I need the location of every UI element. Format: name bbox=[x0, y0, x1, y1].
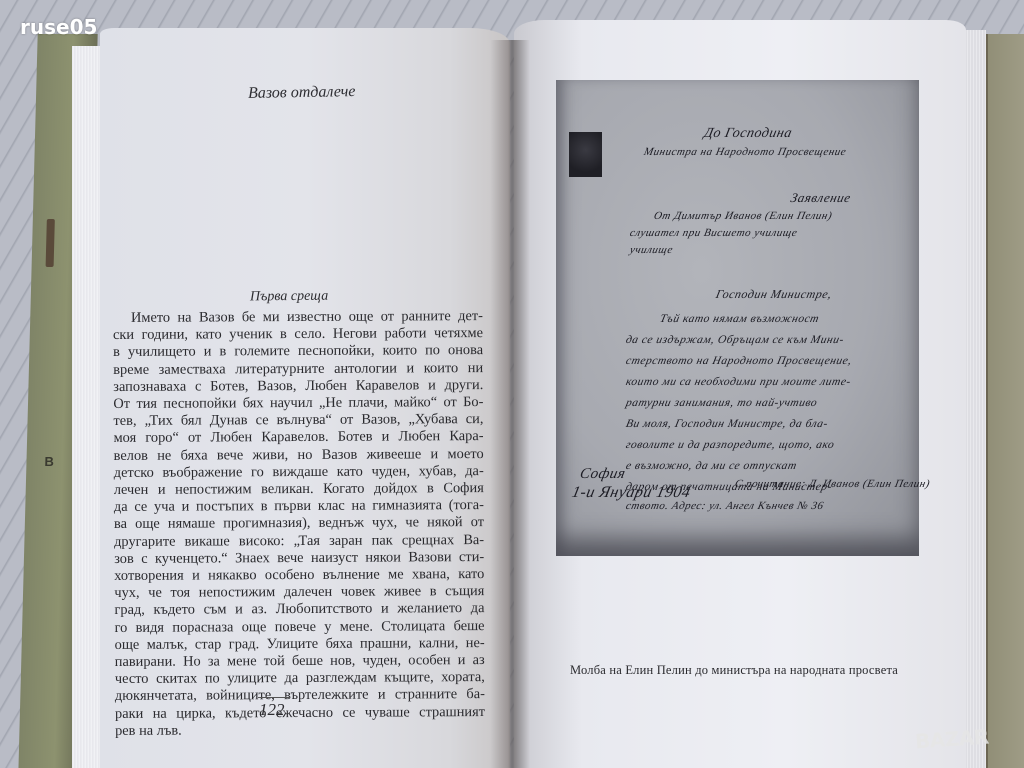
letter-line: Министра на Народното Просвещение bbox=[643, 146, 848, 158]
page-number-rule bbox=[258, 697, 290, 698]
text-line: павирани. Но за мене той беше нов, чуден… bbox=[115, 652, 485, 671]
letter-line: които ми са необходими при моите лите- bbox=[625, 376, 852, 388]
text-line: другарите викаше високо: „Тая заран пак … bbox=[114, 532, 484, 551]
text-line: често скитах по улиците да разглеждам къ… bbox=[115, 669, 485, 688]
text-line: зов с кученцето.“ Знаех вече наизуст няк… bbox=[114, 549, 484, 568]
letter-line: стерството на Народното Просвещение, bbox=[625, 355, 853, 367]
letter-place: София bbox=[578, 466, 627, 483]
text-line: време заместваха литературните антологии… bbox=[113, 360, 483, 379]
letter-signature: С почитание: Д. Иванов (Елин Пелин) bbox=[734, 478, 931, 490]
page-number: 122 bbox=[259, 700, 285, 720]
letter-line: училище bbox=[629, 244, 674, 256]
letter-line: е възможно, да ми се отпускат bbox=[625, 460, 798, 472]
text-line: дюкянчетата, войниците, въртележките и с… bbox=[115, 686, 485, 705]
spine-decoration bbox=[46, 219, 55, 267]
letter-line: говолите и да разпоредите, щото, ако bbox=[625, 439, 836, 451]
revenue-stamp bbox=[569, 132, 602, 177]
letter-date: 1-и Януари 1904 bbox=[570, 484, 692, 502]
text-line: запознаваха с Ботев, Вазов, Любен Караве… bbox=[113, 377, 483, 396]
text-line: велов не бяха вече живи, но Вазов живееш… bbox=[114, 446, 484, 465]
text-line: лечен и непостижим великан. Когато дойдо… bbox=[114, 480, 484, 499]
text-line: да се уча и постъпих в първи клас на гим… bbox=[114, 497, 484, 516]
letter-line: Тъй като нямам възможност bbox=[659, 313, 821, 325]
text-line: хотворения и някакво особено вълнение ме… bbox=[114, 566, 484, 585]
text-line: в училището и в големите песнопойки, кои… bbox=[113, 342, 483, 361]
letter-line: Господин Министре, bbox=[714, 287, 833, 302]
text-line: чух, че тоя непостижим далечен човек жив… bbox=[114, 583, 484, 602]
text-line: ва още нямаше прогимназия), веднъж чух, … bbox=[114, 514, 484, 533]
book-gutter bbox=[490, 40, 530, 768]
text-line: ски години, като ученик в село. Негови р… bbox=[113, 325, 483, 344]
text-line: раки на цирка, където ежечасно се чуваше… bbox=[115, 704, 485, 723]
text-line: От тия песнопойки бях научил „Не плачи, … bbox=[113, 394, 483, 413]
letter-line: ратурни занимания, то най-учтиво bbox=[625, 397, 819, 409]
letter-line: да се издържам, Обръщам се към Мини- bbox=[625, 334, 845, 346]
letter-line: Заявление bbox=[789, 190, 852, 206]
letter-line: Ви моля, Господин Министре, да бла- bbox=[625, 418, 829, 430]
section-title: Първа среща bbox=[250, 289, 328, 306]
body-text: Името на Вазов бе ми известно още от ран… bbox=[113, 308, 485, 740]
spine-letter: B bbox=[44, 454, 54, 469]
bazar-logo: BAZAR bbox=[914, 724, 989, 753]
text-line: тев, „Тих бял Дунав се вълнува“ от Вазов… bbox=[113, 411, 483, 430]
text-line: детско въображение го виждаше като чуден… bbox=[114, 463, 484, 482]
text-line: още малък, стар град. Улиците бяха прашн… bbox=[115, 635, 485, 654]
image-caption: Молба на Елин Пелин до министъра на наро… bbox=[570, 663, 898, 678]
text-line: Името на Вазов бе ми известно още от ран… bbox=[113, 308, 483, 327]
text-line: град, където съм и аз. Любопитството и ж… bbox=[114, 600, 484, 619]
letter-line: слушател при Висшето училище bbox=[629, 227, 799, 239]
seller-watermark: ruse05 bbox=[20, 15, 97, 39]
running-title: Вазов отдалече bbox=[248, 83, 356, 103]
text-line: моя горо“ от Любен Каравелов. Ботев и Лю… bbox=[114, 428, 484, 447]
text-line: го видя порасназа още повече у мене. Сто… bbox=[114, 618, 484, 637]
letter-line: До Господина bbox=[702, 126, 793, 142]
letter-line: От Димитър Иванов (Елин Пелин) bbox=[653, 210, 834, 222]
text-line: рев на лъв. bbox=[115, 721, 485, 740]
